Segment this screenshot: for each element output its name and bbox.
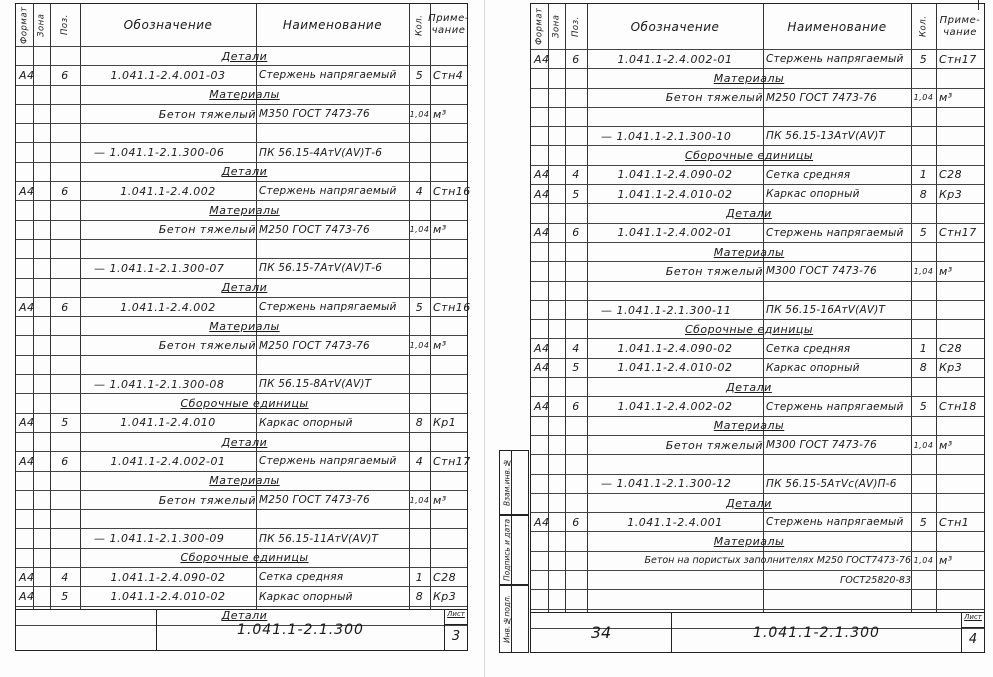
cell-zone: [33, 298, 50, 316]
cell-pos: [565, 436, 587, 454]
document-code: 1.041.1-2.1.300: [156, 610, 445, 650]
section-heading: Материалы: [587, 243, 911, 261]
cell-name: Стержень напрягаемый: [256, 452, 412, 470]
header-name: Наименование: [256, 4, 409, 46]
cell-qty: 1,04: [911, 436, 936, 454]
cell-zone: [33, 144, 50, 162]
header-format: Формат: [16, 4, 33, 46]
cell-pos: 6: [565, 397, 587, 415]
cell-note: [430, 144, 470, 162]
cell-zone: [548, 166, 565, 184]
table-row: ГОСТ25820-83: [531, 571, 984, 590]
cell-name: Сетка средняя: [256, 568, 412, 586]
cell-designation: 1.041.1-2.4.090-02: [587, 166, 763, 184]
cell-pos: 4: [565, 166, 587, 184]
cell-note: [430, 530, 470, 548]
table-row: Бетон тяжелыйМ250 ГОСТ 7473-761,04м³: [531, 89, 984, 108]
cell-name: Стержень напрягаемый: [256, 298, 412, 316]
cell-qty: 4: [409, 452, 430, 470]
cell-name: М300 ГОСТ 7473-76: [763, 262, 914, 280]
section-heading: Детали: [80, 433, 409, 451]
cell-zone: [548, 340, 565, 358]
cell-pos: 6: [565, 224, 587, 242]
cell-note: С28: [430, 568, 470, 586]
cell-note: м³: [936, 262, 987, 280]
table-row: [531, 455, 984, 474]
cell-note: [936, 475, 987, 493]
table-row: Детали: [531, 378, 984, 397]
cell-qty: 8: [911, 359, 936, 377]
cell-pos: 6: [50, 452, 80, 470]
section-heading: Детали: [80, 163, 409, 181]
cell-designation: Бетон тяжелый: [80, 337, 260, 355]
cell-pos: [50, 491, 80, 509]
cell-zone: [33, 105, 50, 123]
cell-designation: — 1.041.1-2.1.300-09: [80, 530, 270, 548]
cell-zone: [548, 301, 565, 319]
cell-qty: 1: [911, 340, 936, 358]
table-row: [16, 356, 467, 375]
table-row: А441.041.1-2.4.090-02Сетка средняя1С28: [16, 568, 467, 587]
cell-pos: [50, 259, 80, 277]
table-row: Детали: [531, 494, 984, 513]
cell-qty: 1,04: [911, 89, 936, 107]
section-heading: Детали: [587, 378, 911, 396]
cell-qty: [409, 375, 430, 393]
sheet-label: Лист: [962, 613, 984, 628]
section-heading: Сборочные единицы: [80, 394, 409, 412]
cell-zone: [33, 221, 50, 239]
table-row: [531, 590, 984, 609]
cell-pos: [565, 475, 587, 493]
table-row: — 1.041.1-2.1.300-12ПК 56.15-5АтⅤс(АⅤ)П-…: [531, 475, 984, 494]
cell-designation: 1.041.1-2.4.010-02: [587, 185, 763, 203]
stamp-field: [511, 586, 528, 652]
table-row: А441.041.1-2.4.090-02Сетка средняя1С28: [531, 340, 984, 359]
table-row: Материалы: [531, 417, 984, 436]
header-qty: Кол.: [409, 4, 430, 46]
cell-name: ПК 56.15-5АтⅤс(АⅤ)П-6: [763, 475, 914, 493]
section-heading: Детали: [80, 279, 409, 297]
cell-zone: [548, 89, 565, 107]
table-row: Сборочные единицы: [16, 549, 467, 568]
cell-designation: Бетон тяжелый: [80, 491, 260, 509]
cell-note: м³: [430, 105, 470, 123]
section-heading: Материалы: [587, 417, 911, 435]
table-row: А461.041.1-2.4.002-02Стержень напрягаемы…: [531, 397, 984, 416]
cell-pos: 6: [50, 66, 80, 84]
cell-name: Стержень напрягаемый: [256, 182, 412, 200]
table-row: Сборочные единицы: [16, 394, 467, 413]
right-sheet: ФорматЗонаПоз.ОбозначениеНаименованиеКол…: [485, 0, 993, 677]
cell-zone: [548, 185, 565, 203]
cell-designation: 1.041.1-2.4.002-01: [587, 50, 763, 68]
section-heading: Материалы: [80, 317, 409, 335]
cell-qty: 1: [409, 568, 430, 586]
cell-designation: 1.041.1-2.4.090-02: [80, 568, 256, 586]
cell-qty: 5: [409, 298, 430, 316]
cell-qty: [911, 475, 936, 493]
stamp-original-inv: Инв.№подл.: [499, 585, 529, 653]
cell-note: м³: [430, 221, 470, 239]
cell-designation: Бетон тяжелый: [587, 436, 767, 454]
cell-note: Стн16: [430, 298, 470, 316]
sheet-number-box: Лист3: [444, 610, 467, 650]
cell-pos: [565, 89, 587, 107]
cell-zone: [33, 375, 50, 393]
cell-designation: — 1.041.1-2.1.300-08: [80, 375, 270, 393]
cell-pos: 6: [50, 182, 80, 200]
cell-pos: [50, 221, 80, 239]
cell-qty: 8: [409, 587, 430, 605]
cell-name: Стержень напрягаемый: [763, 50, 914, 68]
cell-qty: 1,04: [409, 221, 430, 239]
table-header: ФорматЗонаПоз.ОбозначениеНаименованиеКол…: [16, 4, 467, 47]
cell-designation: 1.041.1-2.4.002: [80, 298, 256, 316]
cell-name: М350 ГОСТ 7473-76: [256, 105, 412, 123]
cell-qty: 1,04: [409, 105, 430, 123]
cell-designation-span: Бетон на пористых заполнителях М250 ГОСТ…: [587, 552, 915, 570]
table-row: [531, 282, 984, 301]
section-heading: Сборочные единицы: [587, 320, 911, 338]
cell-name: Сетка средняя: [763, 340, 914, 358]
table-row: — 1.041.1-2.1.300-11ПК 56.15-16АтⅤ(АⅤ)Т: [531, 301, 984, 320]
table-row: А441.041.1-2.4.090-02Сетка средняя1С28: [531, 166, 984, 185]
table-row: А451.041.1-2.4.010-02Каркас опорный8Кр3: [531, 185, 984, 204]
section-heading: Детали: [80, 47, 409, 65]
spec-table-right: ФорматЗонаПоз.ОбозначениеНаименованиеКол…: [530, 3, 985, 653]
cell-name: Стержень напрягаемый: [256, 66, 412, 84]
cell-name: ПК 56.15-16АтⅤ(АⅤ)Т: [763, 301, 914, 319]
cell-qty: 8: [409, 414, 430, 432]
section-heading: Материалы: [80, 201, 409, 219]
table-row: Материалы: [16, 201, 467, 220]
section-heading: Сборочные единицы: [587, 147, 911, 165]
section-heading: Материалы: [587, 533, 911, 551]
cell-qty: [409, 530, 430, 548]
table-row: Детали: [531, 204, 984, 223]
table-row: Материалы: [531, 533, 984, 552]
header-designation: Обозначение: [80, 4, 256, 46]
table-row: Материалы: [531, 243, 984, 262]
cell-pos: 6: [50, 298, 80, 316]
cell-designation: 1.041.1-2.4.090-02: [587, 340, 763, 358]
cell-zone: [33, 530, 50, 548]
cell-designation: 1.041.1-2.4.010: [80, 414, 256, 432]
table-row: А461.041.1-2.4.001-03Стержень напрягаемы…: [16, 66, 467, 85]
cell-qty: [409, 259, 430, 277]
cell-qty: 5: [911, 224, 936, 242]
cell-designation: 1.041.1-2.4.002-01: [587, 224, 763, 242]
cell-zone: [33, 568, 50, 586]
cell-name: М300 ГОСТ 7473-76: [763, 436, 914, 454]
cell-qty: 1,04: [409, 337, 430, 355]
cell-zone: [548, 50, 565, 68]
cell-designation: 1.041.1-2.4.002-01: [80, 452, 256, 470]
cell-note: Кр1: [430, 414, 470, 432]
cell-note: Кр3: [430, 587, 470, 605]
table-row: [16, 240, 467, 259]
section-heading: Сборочные единицы: [80, 549, 409, 567]
cell-zone: [548, 359, 565, 377]
sheet-number-box: Лист4: [961, 613, 984, 652]
table-row: Материалы: [531, 69, 984, 88]
cell-note: Стн16: [430, 182, 470, 200]
cell-designation: 1.041.1-2.4.002: [80, 182, 256, 200]
table-row: Бетон тяжелыйМ300 ГОСТ 7473-761,04м³: [531, 436, 984, 455]
table-row: [16, 510, 467, 529]
cell-pos: 5: [50, 587, 80, 605]
table-row: А461.041.1-2.4.002-01Стержень напрягаемы…: [16, 452, 467, 471]
table-row: А461.041.1-2.4.002-01Стержень напрягаемы…: [531, 224, 984, 243]
title-block-left-cell: 34: [531, 613, 672, 652]
cell-name: ПК 56.15-4АтⅤ(АⅤ)Т-6: [256, 144, 412, 162]
cell-pos: 6: [565, 50, 587, 68]
cell-qty: 5: [911, 397, 936, 415]
cell-qty: [911, 127, 936, 145]
table-row: А461.041.1-2.4.001Стержень напрягаемый5С…: [531, 513, 984, 532]
cell-designation: Бетон тяжелый: [587, 262, 767, 280]
cell-name: ПК 56.15-7АтⅤ(АⅤ)Т-6: [256, 259, 412, 277]
cell-pos: [565, 127, 587, 145]
cell-qty: [911, 571, 936, 589]
table-row: Сборочные единицы: [531, 320, 984, 339]
cell-note: Стн17: [936, 224, 987, 242]
table-row: — 1.041.1-2.1.300-09ПК 56.15-11АтⅤ(АⅤ)Т: [16, 530, 467, 549]
cell-note: м³: [936, 552, 987, 570]
cell-qty: 1,04: [911, 262, 936, 280]
cell-note: Кр3: [936, 359, 987, 377]
stamp-field: [511, 516, 528, 584]
cell-zone: [548, 127, 565, 145]
header-zone: Зона: [33, 4, 50, 46]
document-code: 1.041.1-2.1.300: [671, 613, 962, 652]
cell-zone: [33, 452, 50, 470]
table-row: А461.041.1-2.4.002Стержень напрягаемый4С…: [16, 182, 467, 201]
table-row: Детали: [16, 279, 467, 298]
table-row: [16, 124, 467, 143]
cell-designation: Бетон тяжелый: [80, 105, 260, 123]
cell-note: [936, 571, 987, 589]
table-row: — 1.041.1-2.1.300-10ПК 56.15-13АтⅤ(АⅤ)Т: [531, 127, 984, 146]
header-pos: Поз.: [50, 4, 80, 46]
cell-designation: — 1.041.1-2.1.300-07: [80, 259, 270, 277]
section-heading: Материалы: [587, 69, 911, 87]
cell-qty: 5: [409, 66, 430, 84]
header-designation: Обозначение: [587, 4, 763, 49]
stamp-replaced-inv: Взам.инв.№: [499, 450, 529, 515]
cell-note: Стн18: [936, 397, 987, 415]
table-row: Материалы: [16, 317, 467, 336]
cell-name: Каркас опорный: [256, 587, 412, 605]
cell-name: ПК 56.15-8АтⅤ(АⅤ)Т: [256, 375, 412, 393]
title-block-left-cell: [16, 610, 157, 650]
cell-note: С28: [936, 340, 987, 358]
cell-qty: 1,04: [409, 491, 430, 509]
cell-zone: [33, 259, 50, 277]
table-row: Детали: [16, 47, 467, 66]
table-row: Бетон тяжелыйМ300 ГОСТ 7473-761,04м³: [531, 262, 984, 281]
cell-zone: [33, 414, 50, 432]
table-row: А451.041.1-2.4.010Каркас опорный8Кр1: [16, 414, 467, 433]
cell-name: М250 ГОСТ 7473-76: [763, 89, 914, 107]
cell-pos: [50, 375, 80, 393]
cell-designation: — 1.041.1-2.1.300-06: [80, 144, 270, 162]
cell-pos: 5: [565, 185, 587, 203]
cell-zone: [33, 337, 50, 355]
cell-designation-span: ГОСТ25820-83: [587, 571, 915, 589]
table-header: ФорматЗонаПоз.ОбозначениеНаименованиеКол…: [531, 4, 984, 50]
cell-note: Стн17: [936, 50, 987, 68]
cell-note: Стн4: [430, 66, 470, 84]
cell-zone: [548, 397, 565, 415]
cell-name: М250 ГОСТ 7473-76: [256, 337, 412, 355]
stamp-signature-date: Подпись и дата: [499, 515, 529, 585]
header-name: Наименование: [763, 4, 911, 49]
spec-table-left: ФорматЗонаПоз.ОбозначениеНаименованиеКол…: [15, 3, 468, 651]
section-heading: Детали: [587, 204, 911, 222]
cell-note: м³: [936, 436, 987, 454]
table-row: А461.041.1-2.4.002Стержень напрягаемый5С…: [16, 298, 467, 317]
header-format: Формат: [531, 4, 548, 49]
cell-name: М250 ГОСТ 7473-76: [256, 491, 412, 509]
cell-note: м³: [936, 89, 987, 107]
cell-note: [430, 375, 470, 393]
table-row: А451.041.1-2.4.010-02Каркас опорный8Кр3: [531, 359, 984, 378]
table-row: Материалы: [16, 86, 467, 105]
sheet-number: 3: [445, 625, 467, 644]
cell-note: м³: [430, 491, 470, 509]
cell-name: ПК 56.15-11АтⅤ(АⅤ)Т: [256, 530, 412, 548]
cell-name: Каркас опорный: [256, 414, 412, 432]
cell-note: Стн1: [936, 513, 987, 531]
cell-note: м³: [430, 337, 470, 355]
table-row: Бетон на пористых заполнителях М250 ГОСТ…: [531, 552, 984, 571]
cell-pos: [565, 301, 587, 319]
cell-pos: [50, 105, 80, 123]
cell-pos: [50, 337, 80, 355]
cell-note: [936, 127, 987, 145]
table-row: [531, 108, 984, 127]
title-block: 341.041.1-2.1.300Лист4: [531, 612, 984, 652]
table-row: — 1.041.1-2.1.300-08ПК 56.15-8АтⅤ(АⅤ)Т: [16, 375, 467, 394]
header-note: Приме-чание: [430, 4, 467, 46]
cell-zone: [33, 491, 50, 509]
cell-note: Кр3: [936, 185, 987, 203]
section-heading: Материалы: [80, 86, 409, 104]
cell-note: С28: [936, 166, 987, 184]
cell-designation: 1.041.1-2.4.010-02: [587, 359, 763, 377]
left-sheet: ФорматЗонаПоз.ОбозначениеНаименованиеКол…: [0, 0, 485, 677]
table-row: Бетон тяжелыйМ350 ГОСТ 7473-761,04м³: [16, 105, 467, 124]
cell-qty: 5: [911, 50, 936, 68]
title-block: 1.041.1-2.1.300Лист3: [16, 609, 467, 650]
cell-designation: 1.041.1-2.4.001: [587, 513, 763, 531]
table-row: Бетон тяжелыйМ250 ГОСТ 7473-761,04м³: [16, 491, 467, 510]
cell-designation: 1.041.1-2.4.001-03: [80, 66, 256, 84]
cell-note: [936, 301, 987, 319]
cell-note: Стн17: [430, 452, 470, 470]
cell-pos: 4: [565, 340, 587, 358]
cell-pos: [50, 144, 80, 162]
stamp-field: [511, 451, 528, 514]
cell-zone: [548, 436, 565, 454]
cell-qty: 1,04: [911, 552, 936, 570]
cell-pos: [565, 262, 587, 280]
cell-note: [430, 259, 470, 277]
section-heading: Детали: [587, 494, 911, 512]
cell-qty: 4: [409, 182, 430, 200]
header-pos: Поз.: [565, 4, 587, 49]
table-row: Детали: [16, 163, 467, 182]
cell-pos: [50, 530, 80, 548]
table-row: Бетон тяжелыйМ250 ГОСТ 7473-761,04м³: [16, 337, 467, 356]
sheet-number: 4: [962, 628, 984, 647]
cell-name: Сетка средняя: [763, 166, 914, 184]
table-row: А451.041.1-2.4.010-02Каркас опорный8Кр3: [16, 587, 467, 606]
header-note: Приме-чание: [936, 4, 984, 49]
cell-pos: 5: [50, 414, 80, 432]
cell-name: Каркас опорный: [763, 185, 914, 203]
table-row: Сборочные единицы: [531, 147, 984, 166]
sheet-label: Лист: [445, 610, 467, 625]
table-row: А461.041.1-2.4.002-01Стержень напрягаемы…: [531, 50, 984, 69]
cell-qty: 8: [911, 185, 936, 203]
cell-pos: 6: [565, 513, 587, 531]
cell-zone: [33, 587, 50, 605]
table-row: Бетон тяжелыйМ250 ГОСТ 7473-761,04м³: [16, 221, 467, 240]
cell-zone: [548, 224, 565, 242]
cell-qty: 5: [911, 513, 936, 531]
cell-name: Стержень напрягаемый: [763, 224, 914, 242]
cell-qty: [911, 301, 936, 319]
table-row: Материалы: [16, 472, 467, 491]
cell-zone: [33, 182, 50, 200]
cell-designation: 1.041.1-2.4.002-02: [587, 397, 763, 415]
cell-designation: — 1.041.1-2.1.300-10: [587, 127, 777, 145]
cell-name: Каркас опорный: [763, 359, 914, 377]
cell-zone: [548, 475, 565, 493]
cell-zone: [33, 66, 50, 84]
header-qty: Кол.: [911, 4, 936, 49]
table-row: — 1.041.1-2.1.300-06ПК 56.15-4АтⅤ(АⅤ)Т-6: [16, 144, 467, 163]
header-zone: Зона: [548, 4, 565, 49]
cell-pos: 4: [50, 568, 80, 586]
cell-name: М250 ГОСТ 7473-76: [256, 221, 412, 239]
cell-designation: 1.041.1-2.4.010-02: [80, 587, 256, 605]
table-row: — 1.041.1-2.1.300-07ПК 56.15-7АтⅤ(АⅤ)Т-6: [16, 259, 467, 278]
cell-designation: Бетон тяжелый: [80, 221, 260, 239]
cell-name: Стержень напрягаемый: [763, 513, 914, 531]
cell-name: Стержень напрягаемый: [763, 397, 914, 415]
cell-designation: Бетон тяжелый: [587, 89, 767, 107]
cell-qty: 1: [911, 166, 936, 184]
section-heading: Материалы: [80, 472, 409, 490]
table-row: Детали: [16, 433, 467, 452]
cell-zone: [548, 513, 565, 531]
cell-name: ПК 56.15-13АтⅤ(АⅤ)Т: [763, 127, 914, 145]
cell-pos: 5: [565, 359, 587, 377]
cell-designation: — 1.041.1-2.1.300-11: [587, 301, 777, 319]
cell-zone: [548, 262, 565, 280]
cell-designation: — 1.041.1-2.1.300-12: [587, 475, 777, 493]
cell-qty: [409, 144, 430, 162]
